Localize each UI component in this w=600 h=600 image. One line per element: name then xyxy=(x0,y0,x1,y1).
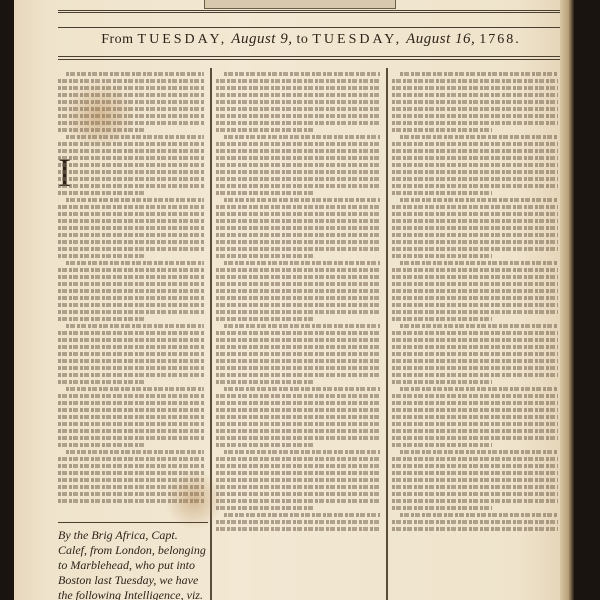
text-line xyxy=(58,205,204,209)
text-line xyxy=(400,135,558,139)
text-line xyxy=(58,401,204,405)
text-line xyxy=(392,310,558,314)
dateline-rule-bottom xyxy=(58,56,564,57)
text-line xyxy=(58,338,204,342)
text-line xyxy=(392,149,558,153)
text-line xyxy=(392,464,558,468)
text-line xyxy=(224,513,380,517)
text-line xyxy=(392,401,558,405)
text-line xyxy=(66,261,204,265)
top-rule-double xyxy=(58,12,564,13)
text-line xyxy=(216,254,314,258)
text-line xyxy=(392,359,558,363)
text-line xyxy=(216,492,380,496)
text-line xyxy=(216,289,380,293)
text-line xyxy=(392,415,558,419)
text-line xyxy=(224,324,380,328)
text-line xyxy=(216,485,380,489)
paper-stain xyxy=(164,470,224,530)
text-line xyxy=(58,464,204,468)
text-line xyxy=(58,254,146,258)
text-line xyxy=(216,345,380,349)
text-line xyxy=(224,261,380,265)
text-line xyxy=(392,373,558,377)
text-line xyxy=(216,373,380,377)
dateline-rule-bottom-double xyxy=(58,59,564,60)
text-line xyxy=(58,408,204,412)
text-line xyxy=(216,331,380,335)
text-line xyxy=(224,72,380,76)
text-line xyxy=(392,520,558,524)
text-line xyxy=(58,366,204,370)
text-line xyxy=(216,478,380,482)
text-line xyxy=(392,170,558,174)
text-line xyxy=(392,422,558,426)
text-line xyxy=(392,86,558,90)
text-line xyxy=(392,100,558,104)
text-line xyxy=(392,485,558,489)
text-line xyxy=(58,317,146,321)
text-line xyxy=(216,177,380,181)
text-line xyxy=(216,156,380,160)
text-line xyxy=(392,156,558,160)
text-line xyxy=(392,282,558,286)
text-line xyxy=(216,212,380,216)
text-line xyxy=(216,457,380,461)
text-line xyxy=(392,212,558,216)
text-line xyxy=(58,331,204,335)
text-line xyxy=(66,450,204,454)
text-line xyxy=(392,506,492,510)
text-line xyxy=(58,457,204,461)
text-line xyxy=(392,317,492,321)
text-line xyxy=(392,142,558,146)
text-line xyxy=(392,219,558,223)
text-line xyxy=(216,317,314,321)
text-line xyxy=(66,387,204,391)
text-line xyxy=(392,184,558,188)
text-line xyxy=(400,198,558,202)
text-line xyxy=(58,233,204,237)
text-line xyxy=(400,450,558,454)
text-line xyxy=(58,310,204,314)
text-line xyxy=(58,219,204,223)
text-line xyxy=(392,331,558,335)
text-line xyxy=(58,240,204,244)
text-line xyxy=(392,128,492,132)
text-line xyxy=(392,177,558,181)
text-line xyxy=(216,163,380,167)
text-line xyxy=(224,198,380,202)
text-line xyxy=(58,359,204,363)
brig-africa-notice: By the Brig Africa, Capt. Calef, from Lo… xyxy=(58,528,206,600)
newspaper-page: From TUESDAY, August 9, to TUESDAY, Augu… xyxy=(14,0,574,600)
text-line xyxy=(216,429,380,433)
page-edge xyxy=(560,0,574,600)
text-line xyxy=(216,191,314,195)
text-line xyxy=(58,163,204,167)
text-line xyxy=(216,184,380,188)
text-line xyxy=(216,499,380,503)
text-line xyxy=(58,282,204,286)
text-line xyxy=(58,296,204,300)
text-line xyxy=(216,520,380,524)
text-line xyxy=(216,408,380,412)
text-line xyxy=(216,443,314,447)
text-line xyxy=(216,436,380,440)
text-line xyxy=(392,79,558,83)
text-line xyxy=(216,401,380,405)
text-line xyxy=(58,184,204,188)
text-line xyxy=(216,128,314,132)
text-line xyxy=(216,240,380,244)
text-line xyxy=(58,191,146,195)
text-line xyxy=(392,471,558,475)
text-line xyxy=(216,170,380,174)
text-line xyxy=(392,240,558,244)
text-line xyxy=(392,429,558,433)
text-line xyxy=(392,268,558,272)
text-line xyxy=(392,205,558,209)
text-line xyxy=(66,72,204,76)
text-line xyxy=(216,114,380,118)
dateline-rule-top xyxy=(58,27,564,28)
text-line xyxy=(66,324,204,328)
text-line xyxy=(58,443,146,447)
text-line xyxy=(58,289,204,293)
text-line xyxy=(216,303,380,307)
text-line xyxy=(216,233,380,237)
text-line xyxy=(392,352,558,356)
text-line xyxy=(392,121,558,125)
text-line xyxy=(216,107,380,111)
text-line xyxy=(216,464,380,468)
text-line xyxy=(216,380,314,384)
text-line xyxy=(392,366,558,370)
text-line xyxy=(216,219,380,223)
text-line xyxy=(58,170,204,174)
text-line xyxy=(58,156,204,160)
text-line xyxy=(216,352,380,356)
column-divider-2 xyxy=(386,68,388,600)
text-line xyxy=(392,226,558,230)
text-line xyxy=(216,282,380,286)
text-line xyxy=(58,275,204,279)
text-line xyxy=(400,324,558,328)
text-line xyxy=(392,338,558,342)
text-line xyxy=(392,114,558,118)
masthead-engraving xyxy=(204,0,396,9)
text-line xyxy=(216,268,380,272)
text-line xyxy=(392,296,558,300)
text-line xyxy=(58,177,204,181)
column-middle-text xyxy=(216,72,380,600)
text-line xyxy=(58,422,204,426)
text-line xyxy=(392,93,558,97)
text-line xyxy=(392,163,558,167)
text-line xyxy=(392,492,558,496)
text-line xyxy=(216,275,380,279)
text-line xyxy=(58,380,146,384)
text-line xyxy=(392,107,558,111)
text-line xyxy=(58,352,204,356)
text-line xyxy=(216,142,380,146)
text-line xyxy=(224,135,380,139)
text-line xyxy=(392,345,558,349)
text-line xyxy=(400,72,558,76)
text-line xyxy=(216,79,380,83)
text-line xyxy=(58,429,204,433)
text-line xyxy=(216,527,380,531)
text-line xyxy=(58,345,204,349)
text-line xyxy=(392,247,558,251)
text-line xyxy=(216,149,380,153)
text-line xyxy=(216,310,380,314)
text-line xyxy=(224,450,380,454)
text-line xyxy=(392,527,558,531)
text-line xyxy=(400,387,558,391)
text-line xyxy=(58,415,204,419)
text-line xyxy=(58,226,204,230)
text-line xyxy=(216,422,380,426)
dateline: From TUESDAY, August 9, to TUESDAY, Augu… xyxy=(58,31,564,48)
text-line xyxy=(392,499,558,503)
text-line xyxy=(216,506,314,510)
paper-stain xyxy=(64,80,134,150)
top-rule xyxy=(58,10,564,11)
text-line xyxy=(216,247,380,251)
text-line xyxy=(216,394,380,398)
text-line xyxy=(216,471,380,475)
text-line xyxy=(400,513,558,517)
text-line xyxy=(58,149,204,153)
text-line xyxy=(216,359,380,363)
text-line xyxy=(216,205,380,209)
text-line xyxy=(224,387,380,391)
text-line xyxy=(216,296,380,300)
text-line xyxy=(400,261,558,265)
text-line xyxy=(58,436,204,440)
text-line xyxy=(58,79,204,83)
text-line xyxy=(216,338,380,342)
text-line xyxy=(392,254,492,258)
text-line xyxy=(392,275,558,279)
text-line xyxy=(216,415,380,419)
text-line xyxy=(58,394,204,398)
text-line xyxy=(216,226,380,230)
text-line xyxy=(58,373,204,377)
text-line xyxy=(216,86,380,90)
text-line xyxy=(58,212,204,216)
text-line xyxy=(216,93,380,97)
text-line xyxy=(392,436,558,440)
text-line xyxy=(392,478,558,482)
text-line xyxy=(392,408,558,412)
text-line xyxy=(392,233,558,237)
text-line xyxy=(58,303,204,307)
text-line xyxy=(58,247,204,251)
text-line xyxy=(392,394,558,398)
text-line xyxy=(216,121,380,125)
text-line xyxy=(216,100,380,104)
text-line xyxy=(392,457,558,461)
column-right-text xyxy=(392,72,558,600)
text-line xyxy=(392,443,492,447)
text-line xyxy=(216,366,380,370)
text-line xyxy=(392,191,492,195)
text-line xyxy=(392,380,492,384)
text-line xyxy=(66,198,204,202)
text-line xyxy=(392,289,558,293)
text-line xyxy=(58,268,204,272)
text-line xyxy=(392,303,558,307)
